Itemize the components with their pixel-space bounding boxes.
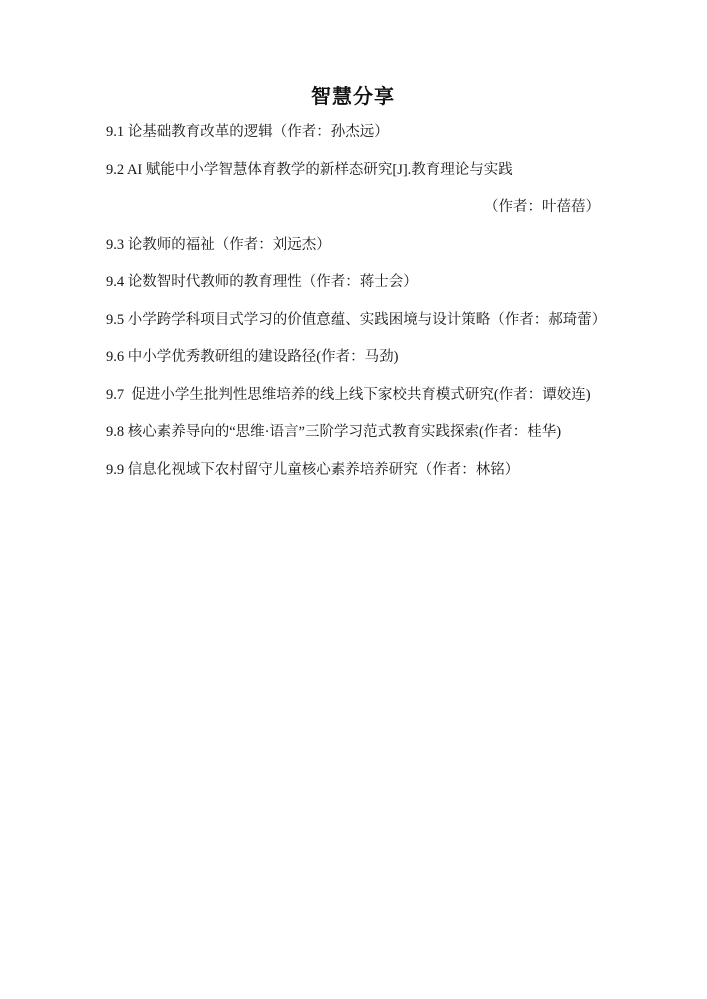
item-number: 9.2 bbox=[106, 162, 124, 178]
item-number: 9.8 bbox=[106, 424, 124, 440]
page-title: 智慧分享 bbox=[106, 85, 600, 109]
list-item: 9.4 论数智时代教师的教育理性（作者：蒋士会） bbox=[106, 275, 600, 290]
item-number: 9.6 bbox=[106, 349, 124, 365]
list-item: 9.6 中小学优秀教研组的建设路径(作者：马劲) bbox=[106, 350, 600, 365]
list-item: 9.5 小学跨学科项目式学习的价值意蕴、实践困境与设计策略（作者：郝琦蕾） bbox=[106, 313, 600, 328]
reference-list: 9.1 论基础教育改革的逻辑（作者：孙杰远） 9.2 AI 赋能中小学智慧体育教… bbox=[106, 125, 600, 478]
item-number: 9.3 bbox=[106, 237, 124, 253]
item-number: 9.5 bbox=[106, 312, 124, 328]
item-number: 9.4 bbox=[106, 274, 124, 290]
list-item: 9.1 论基础教育改革的逻辑（作者：孙杰远） bbox=[106, 125, 600, 140]
item-number: 9.7 bbox=[106, 387, 124, 403]
item-number: 9.1 bbox=[106, 124, 124, 140]
list-item: 9.7 促进小学生批判性思维培养的线上线下家校共育模式研究(作者：谭姣连) bbox=[106, 388, 600, 403]
item-text: 论数智时代教师的教育理性（作者：蒋士会） bbox=[124, 274, 418, 290]
item-text: 信息化视域下农村留守儿童核心素养培养研究（作者：林铭） bbox=[124, 462, 519, 478]
list-item: 9.9 信息化视域下农村留守儿童核心素养培养研究（作者：林铭） bbox=[106, 463, 600, 478]
list-item: 9.8 核心素养导向的“思维·语言”三阶学习范式教育实践探索(作者：桂华) bbox=[106, 425, 600, 440]
item-text: 小学跨学科项目式学习的价值意蕴、实践困境与设计策略（作者：郝琦蕾） bbox=[124, 312, 606, 328]
document-page: 智慧分享 9.1 论基础教育改革的逻辑（作者：孙杰远） 9.2 AI 赋能中小学… bbox=[0, 0, 707, 999]
item-text: 促进小学生批判性思维培养的线上线下家校共育模式研究(作者：谭姣连) bbox=[124, 387, 590, 403]
item-text: 核心素养导向的“思维·语言”三阶学习范式教育实践探索(作者：桂华) bbox=[124, 424, 561, 440]
item-continuation-text: （作者：叶蓓蓓） bbox=[484, 199, 600, 215]
item-text: 中小学优秀教研组的建设路径(作者：马劲) bbox=[124, 349, 398, 365]
list-item-continuation: （作者：叶蓓蓓） bbox=[106, 200, 600, 215]
item-text: 论教师的福祉（作者：刘远杰） bbox=[124, 237, 331, 253]
item-number: 9.9 bbox=[106, 462, 124, 478]
item-text: AI 赋能中小学智慧体育教学的新样态研究[J].教育理论与实践 bbox=[124, 162, 513, 178]
list-item: 9.3 论教师的福祉（作者：刘远杰） bbox=[106, 238, 600, 253]
item-text: 论基础教育改革的逻辑（作者：孙杰远） bbox=[124, 124, 389, 140]
list-item: 9.2 AI 赋能中小学智慧体育教学的新样态研究[J].教育理论与实践 bbox=[106, 163, 600, 178]
document-content: 智慧分享 9.1 论基础教育改革的逻辑（作者：孙杰远） 9.2 AI 赋能中小学… bbox=[106, 0, 600, 500]
